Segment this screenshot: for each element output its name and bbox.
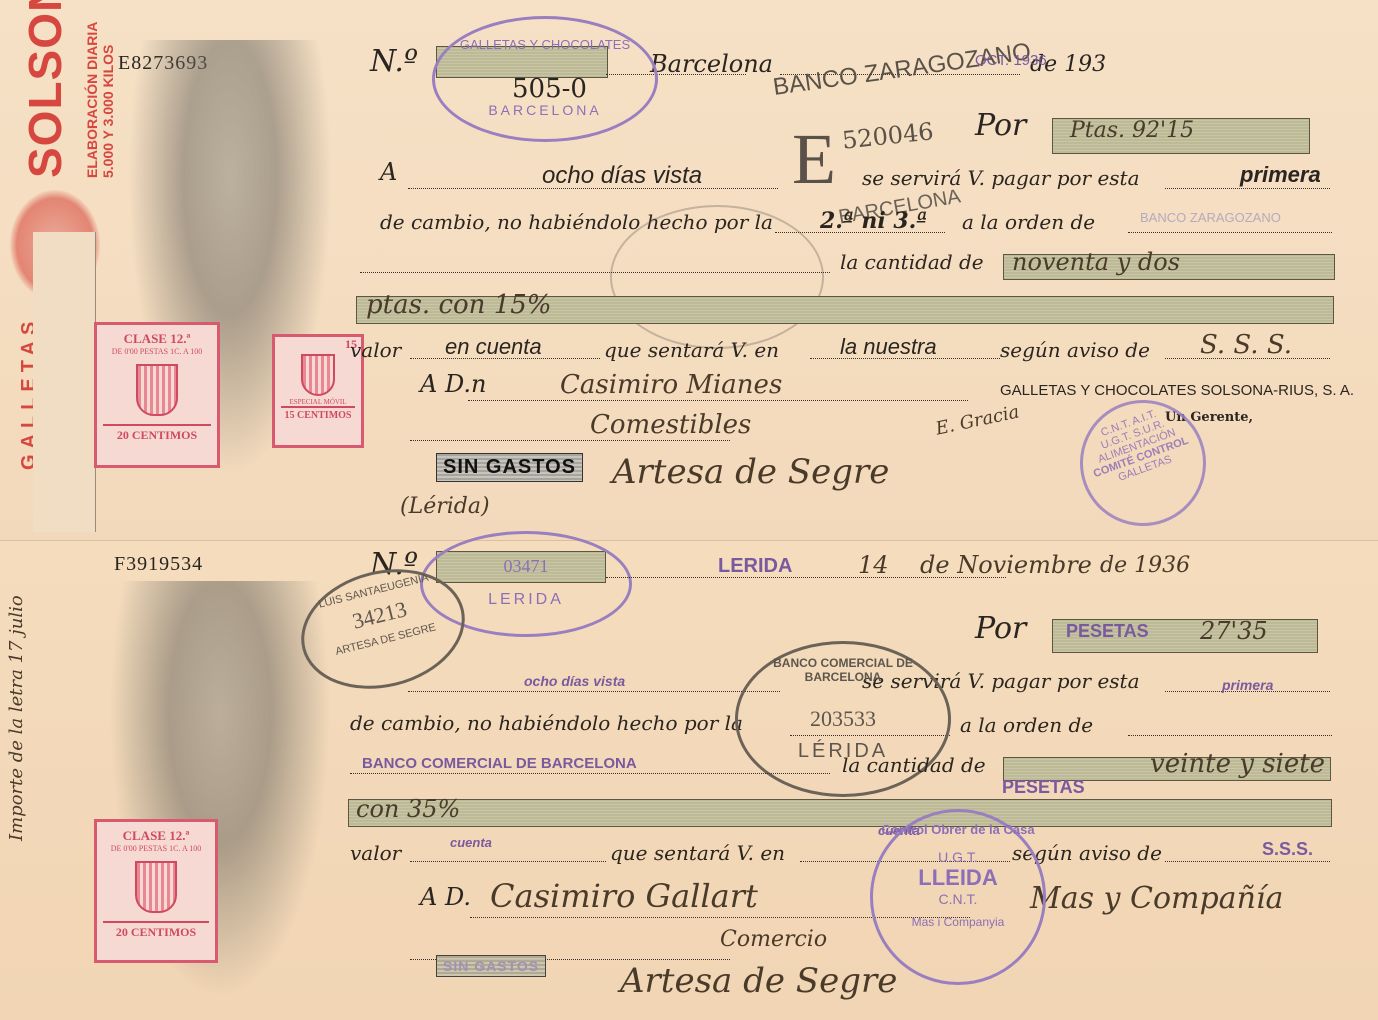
term-stamp: ocho días vista [524, 673, 625, 689]
cantidad-label: la cantidad de [840, 250, 984, 274]
cantidad-stamp: PESETAS [1002, 777, 1085, 798]
copy-label: primera [1240, 162, 1321, 188]
number-label: N.º [370, 44, 418, 79]
amount-value: Ptas. 92'15 [1070, 118, 1194, 143]
por-label: Por [975, 611, 1026, 646]
serial-number: F3919534 [114, 553, 203, 576]
bill-top: SOLSONA ELABORACIÓN DIARIA 5.000 Y 3.000… [0, 0, 1378, 540]
drawee-prefix: A D. [420, 883, 471, 911]
amount-value: 27'35 [1200, 617, 1268, 645]
por-label: Por [975, 108, 1026, 143]
drawee-trade: Comercio [720, 927, 827, 952]
brand-name: SOLSONA [18, 0, 72, 178]
aviso-label: según aviso de [1000, 338, 1150, 362]
stamp-number: 203533 [738, 706, 948, 732]
margin-note: Importe de la letra 17 julio [6, 595, 27, 841]
bank-stamp-name: BANCO ZARAGOZANO [771, 38, 1032, 102]
drawee-prefix: A D.n [420, 370, 486, 398]
stamp-range: DE 0'00 PESTAS 1C. A 100 [97, 347, 217, 356]
stamp-bottom-text: Mas i Companyia [873, 915, 1043, 929]
valor-label: valor [350, 841, 401, 865]
cantidad-words: veinte y siete [1150, 749, 1325, 779]
order-label: a la orden de [960, 713, 1093, 737]
revenue-stamp-20c: CLASE 12.ª DE 0'00 PESTAS 1C. A 100 20 C… [94, 819, 218, 963]
bank-stamp-letter: E [792, 118, 836, 201]
cantidad-label: la cantidad de [842, 753, 986, 777]
cantidad-line2: ptas. con 15% [366, 290, 551, 320]
control-obrer-stamp: Control Obrer de la Casa U.G.T. LLEIDA C… [870, 809, 1046, 985]
stamp-line-3: C.N.T. [873, 891, 1043, 907]
valor-mid: que sentará V. en [604, 338, 779, 362]
drawee-province: (Lérida) [400, 494, 490, 519]
drawee-name: Casimiro Gallart [490, 877, 758, 915]
stamp-text-bottom: BARCELONA [435, 102, 655, 118]
torn-label [33, 232, 96, 532]
date-month: de Noviembre [920, 551, 1092, 579]
issue-city: Barcelona [650, 50, 773, 78]
term: ocho días vista [542, 162, 702, 190]
stamp-value: 20 CENTIMOS [103, 921, 209, 940]
sin-gastos-badge: SIN GASTOS [436, 955, 546, 977]
company-name: GALLETAS Y CHOCOLATES SOLSONA-RIUS, S. A… [1000, 382, 1354, 399]
drawee-name: Casimiro Mianes [560, 370, 782, 400]
stamp-text-top: BANCO COMERCIAL DE BARCELONA [738, 656, 948, 684]
drawee-town: Artesa de Segre [612, 452, 889, 492]
stamp-ring-text: Control Obrer de la Casa [873, 822, 1043, 837]
coat-of-arms-icon [301, 354, 335, 396]
copy-stamp: primera [1222, 677, 1273, 693]
stamp-class: CLASE 12.ª [97, 828, 215, 844]
bank-postmark [610, 205, 824, 349]
amount-stamp: PESETAS [1066, 621, 1149, 642]
brand-line2: 5.000 Y 3.000 KILOS [100, 45, 116, 178]
cantidad-words: noventa y dos [1012, 248, 1180, 276]
sin-gastos-badge: SIN GASTOS [436, 453, 583, 482]
payee-stamp: BANCO ZARAGOZANO [1140, 210, 1281, 225]
brand-line1: ELABORACIÓN DIARIA [84, 22, 100, 178]
valor-mid: que sentará V. en [610, 841, 785, 865]
date-day: 14 [858, 551, 889, 579]
signature: E. Gracia [934, 401, 1021, 439]
drawee-town: Artesa de Segre [620, 961, 897, 1001]
stamp-line-2: LLEIDA [873, 865, 1043, 891]
line-a-prefix: A [380, 158, 397, 186]
line-cambio-text: de cambio, no habiéndolo hecho por la [350, 711, 743, 735]
company-stamp: GALLETAS Y CHOCOLATES BARCELONA [432, 16, 658, 142]
stamp-number: 03471 [423, 556, 629, 577]
order-label: a la orden de [962, 210, 1095, 234]
valor-value-1: cuenta [450, 835, 492, 850]
cantidad-line2: con 35% [356, 795, 460, 823]
stamp-top-value: 15 [275, 337, 361, 352]
coat-of-arms-icon [135, 861, 177, 913]
date-stamp: OCT. 1936 [975, 52, 1047, 69]
bill-bottom: F3919534 Importe de la letra 17 julio CL… [0, 540, 1378, 1020]
copies-label: 2.ª ni 3.ª [820, 208, 927, 234]
drawee-trade: Comestibles [590, 410, 751, 440]
date-year: de 1936 [1100, 553, 1190, 578]
stamp-value: 20 CENTIMOS [103, 424, 211, 443]
valor-value-1: en cuenta [445, 334, 542, 360]
valor-value-2: la nuestra [840, 334, 937, 360]
stamp-value: 15 CENTIMOS [281, 406, 355, 421]
stamp-class: CLASE 12.ª [97, 331, 217, 347]
line-a-text: se servirá V. pagar por esta [862, 166, 1140, 190]
sss: S. S. S. [1200, 330, 1292, 360]
committee-stamp: C.N.T. A.I.T. U.G.T. S.U.R. ALIMENTACIÓN… [1062, 382, 1223, 543]
bank-stamp-number: 520046 [841, 117, 935, 154]
payee-stamp: BANCO COMERCIAL DE BARCELONA [362, 755, 637, 772]
valor-label: valor [350, 338, 401, 362]
stamp-line-1: U.G.T. [873, 849, 1043, 865]
signature: Mas y Compañía [1030, 881, 1283, 916]
cantidad-line2-field[interactable] [348, 799, 1332, 827]
sss: S.S.S. [1262, 839, 1313, 860]
city-stamp: LERIDA [718, 555, 792, 578]
stamp-range: DE 0'00 PESTAS 1C. A 100 [97, 844, 215, 853]
stamp-band: ESPECIAL MÓVIL [275, 398, 361, 406]
coat-of-arms-icon [136, 364, 178, 416]
revenue-stamp-20c: CLASE 12.ª DE 0'00 PESTAS 1C. A 100 20 C… [94, 322, 220, 468]
stamp-text-top: GALLETAS Y CHOCOLATES [435, 37, 655, 52]
